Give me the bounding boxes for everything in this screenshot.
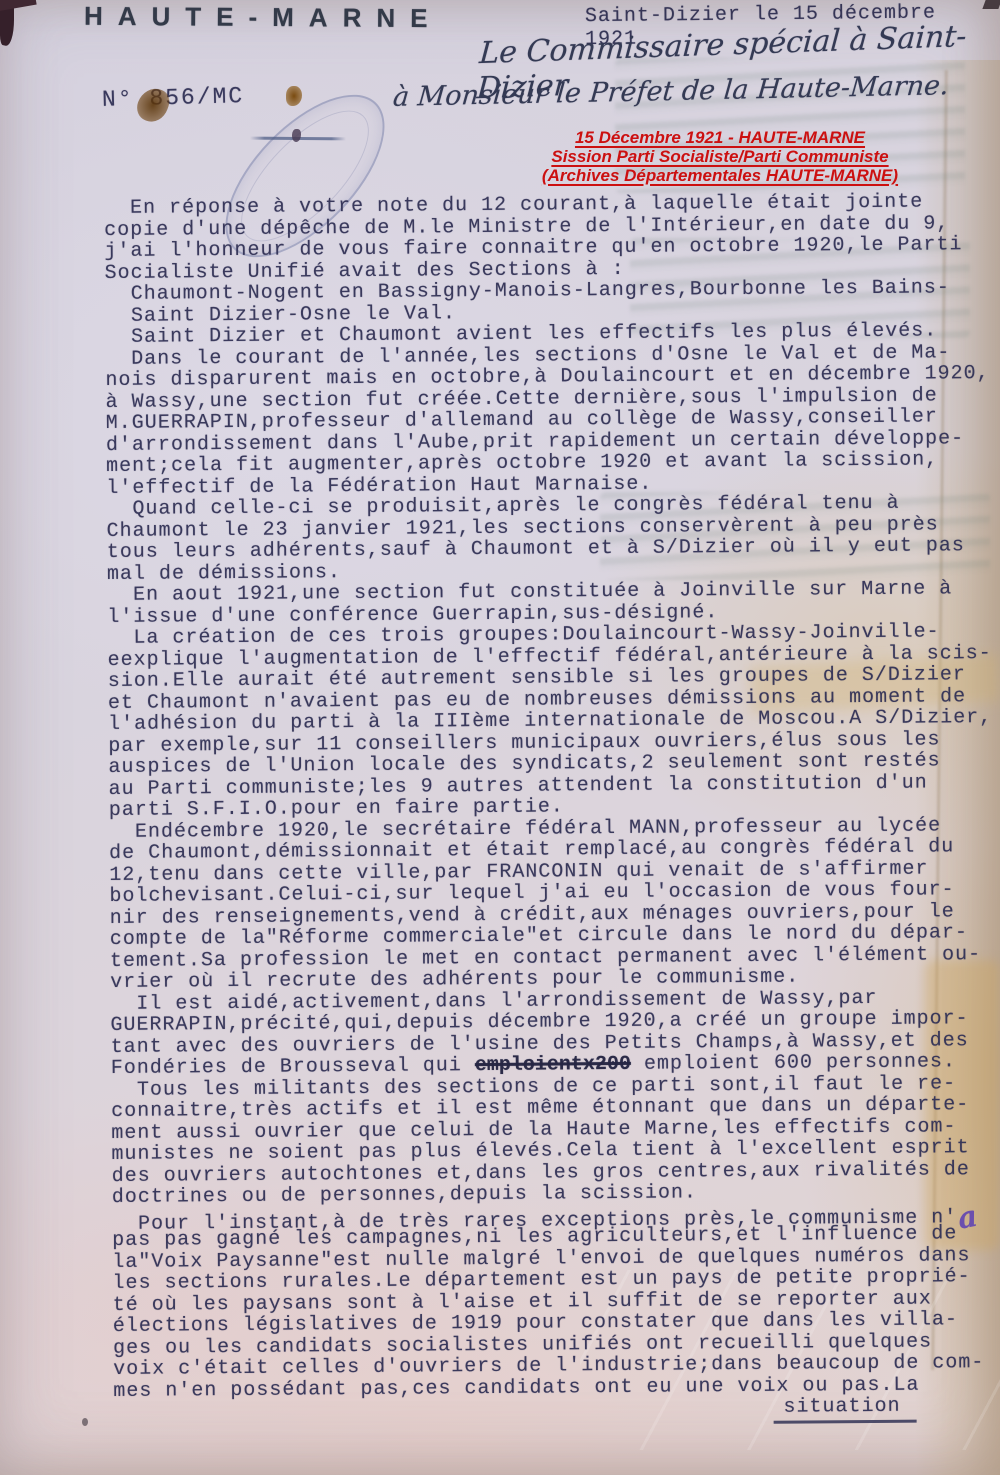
archive-annotation-line3: (Archives Départementales HAUTE-MARNE)	[539, 166, 901, 185]
archive-annotation-line1: 15 Décembre 1921 - HAUTE-MARNE	[539, 128, 901, 147]
letterhead-department: HAUTE-MARNE	[84, 1, 443, 35]
body-lines: En réponse à votre note du 12 courant,à …	[104, 191, 1000, 1424]
scanned-letter-page: HAUTE-MARNE Saint-Dizier le 15 décembre …	[0, 0, 1000, 1475]
ink-dot-bottomleft	[82, 1418, 88, 1426]
reference-number: N° 856/MC	[102, 83, 245, 113]
ink-blot-top	[286, 86, 302, 106]
handwritten-annotation: a	[956, 1205, 980, 1230]
archive-annotation-line2: Sission Parti Socialiste/Parti Communist…	[539, 147, 901, 166]
scan-edge-mark-topleft-2	[0, 0, 37, 11]
archive-annotation: 15 Décembre 1921 - HAUTE-MARNE Sission P…	[539, 128, 901, 185]
scan-edge-mark-topright	[982, 0, 1000, 9]
closing-word: situation	[773, 1396, 916, 1424]
struck-out-text: emploientx200	[475, 1053, 631, 1077]
